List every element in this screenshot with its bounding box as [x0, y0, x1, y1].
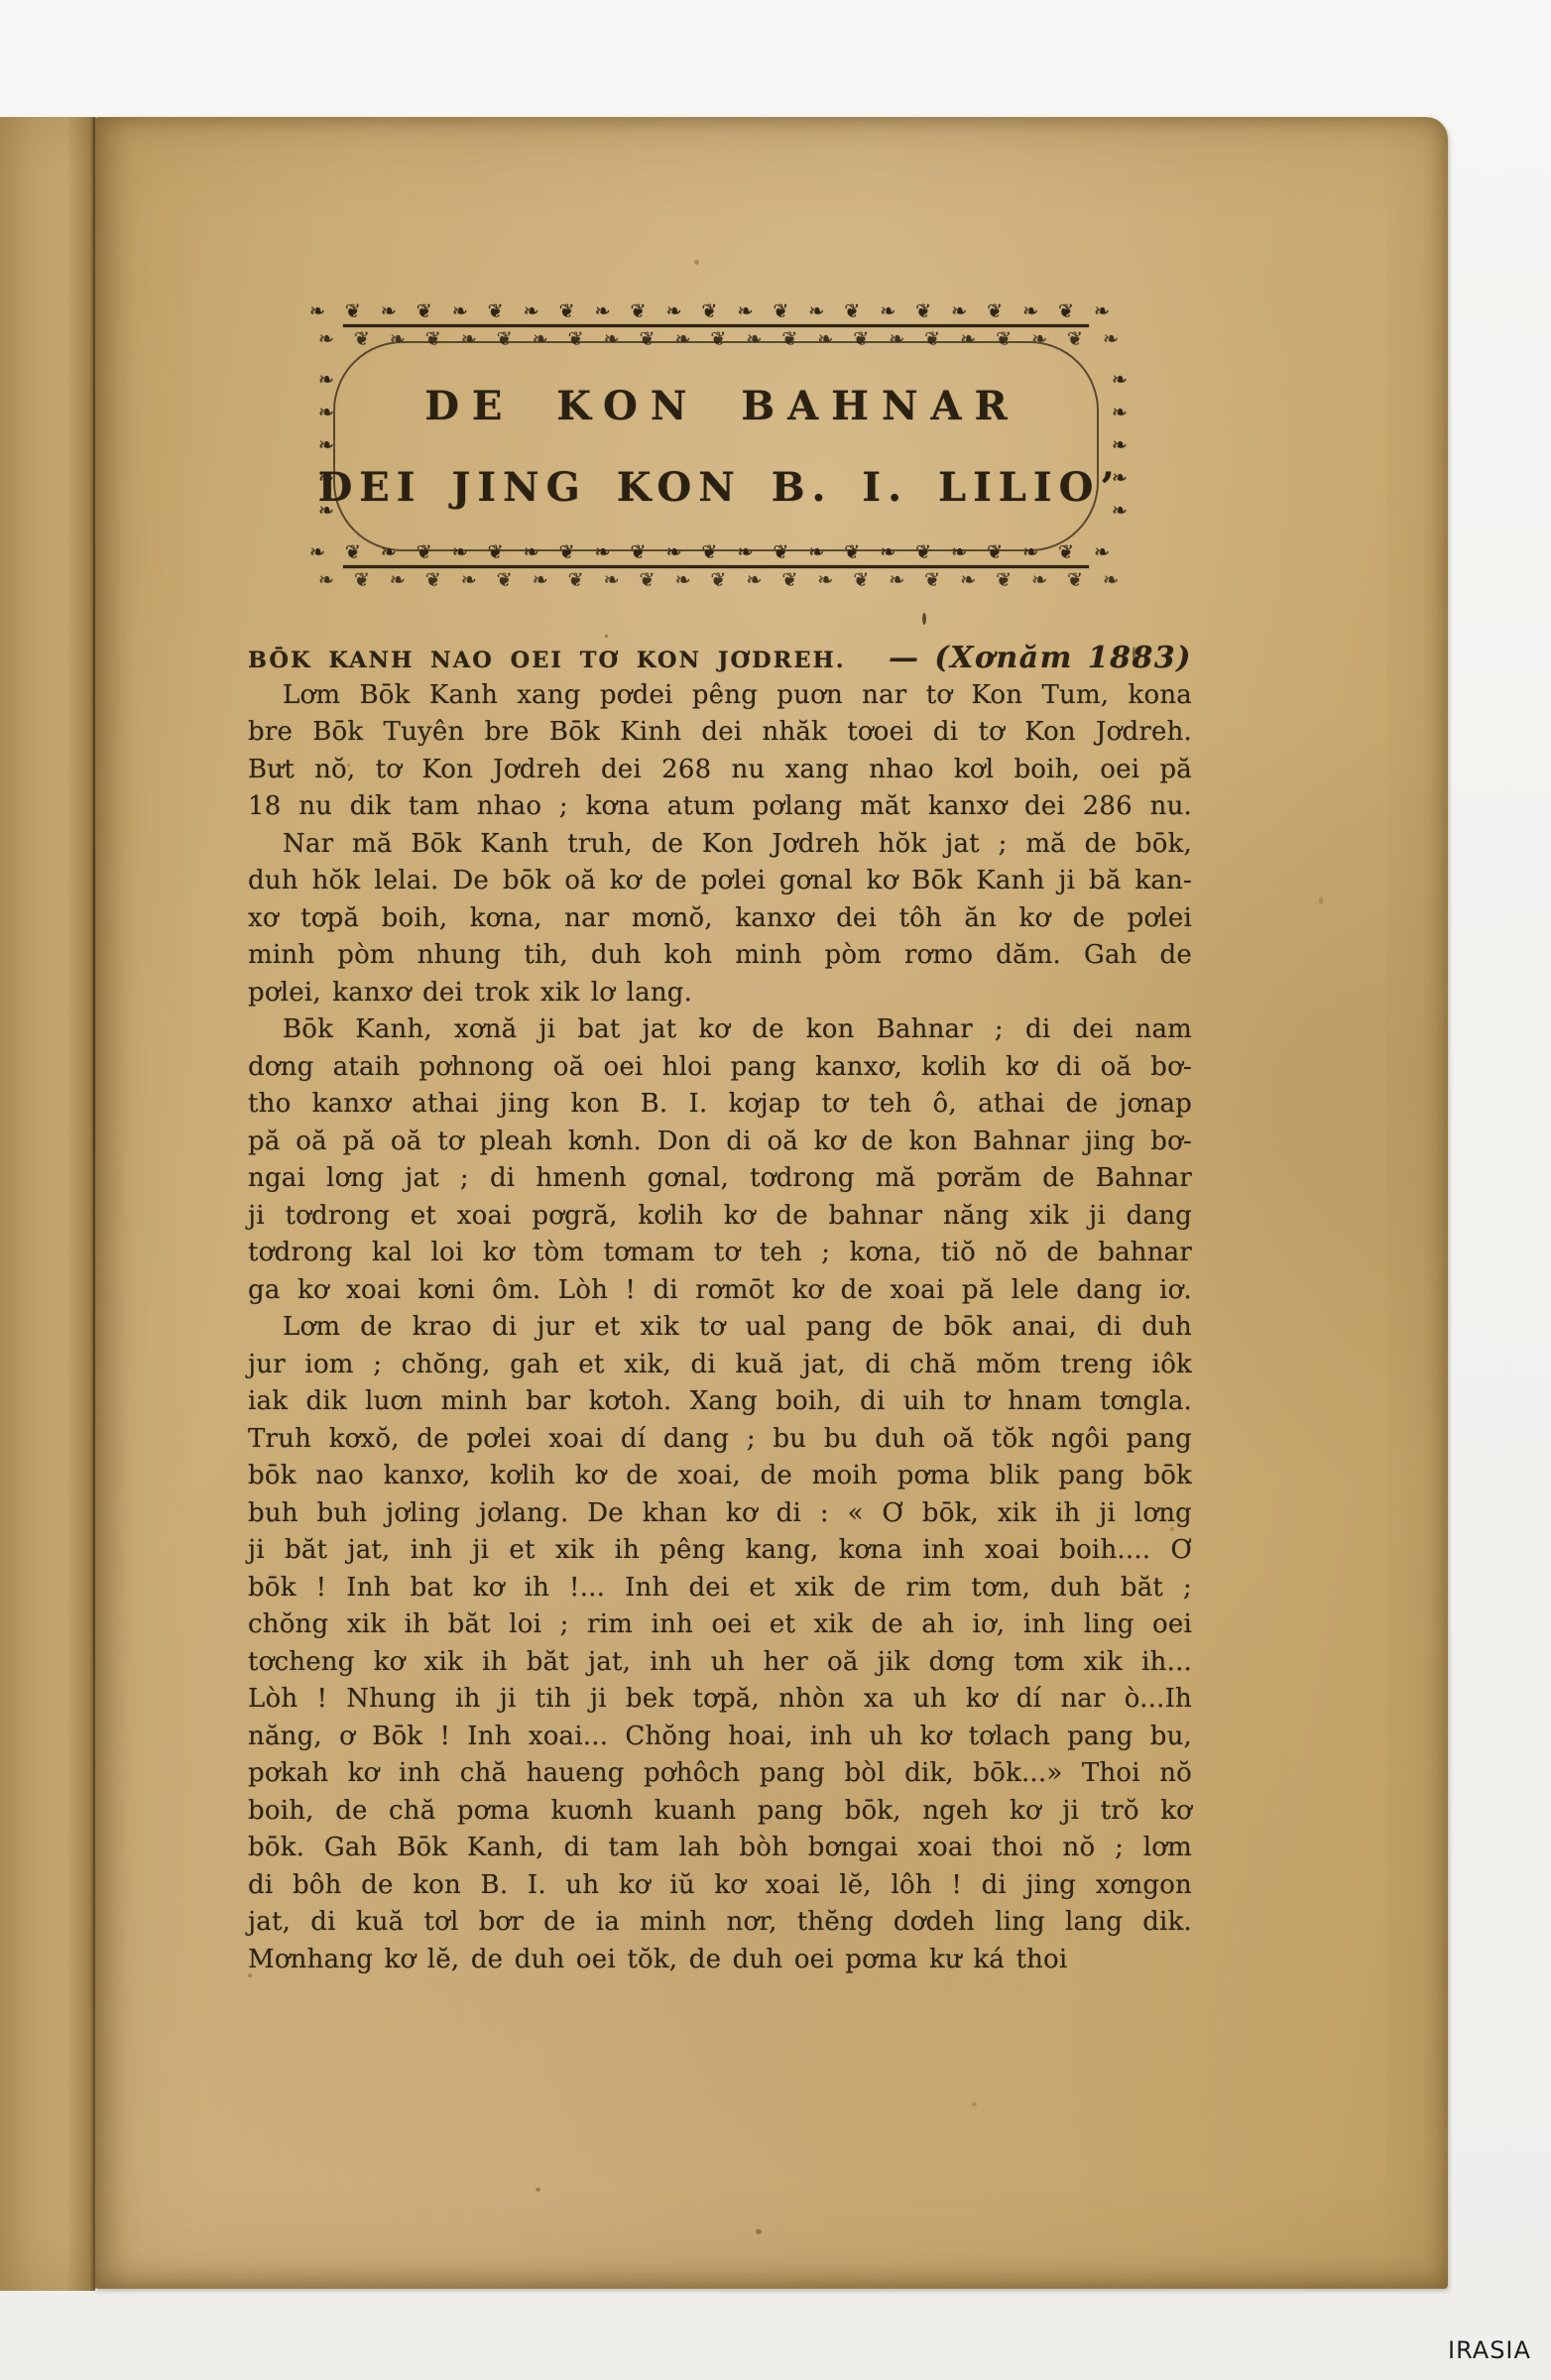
text-line: jur iom ; chŏng, gah et xik, di kuă jat,… — [248, 1347, 1192, 1384]
scanned-document: ❧ ❦ ❧ ❦ ❧ ❦ ❧ ❦ ❧ ❦ ❧ ❦ ❧ ❦ ❧ ❦ ❧ ❦ ❧ ❦ … — [0, 0, 1551, 2380]
heading-caps: BŌK KANH NAO OEI TƠ KON JƠDREH. — [248, 643, 846, 680]
text-line: buh buh jơling jơlang. De khan kơ di : «… — [248, 1495, 1192, 1533]
text-line: Lơm de krao di jur et xik tơ ual pang de… — [248, 1309, 1192, 1347]
border-stem-frame — [333, 341, 1099, 551]
title-ornament-box: ❧ ❦ ❧ ❦ ❧ ❦ ❧ ❦ ❧ ❦ ❧ ❦ ❧ ❦ ❧ ❦ ❧ ❦ ❧ ❦ … — [288, 297, 1144, 595]
text-line: duh hŏk lelai. De bōk oă kơ de pơlei gơn… — [248, 863, 1192, 900]
irasia-watermark: IRASIA — [1448, 2336, 1531, 2364]
paragraph-lines: Lơm Bōk Kanh xang pơdei pêng puơn nar tơ… — [248, 677, 1192, 1979]
leaf-row: ❧ ❦ ❧ ❦ ❧ ❦ ❧ ❦ ❧ ❦ ❧ ❦ ❧ ❦ ❧ ❦ ❧ ❦ ❧ ❦ … — [309, 542, 1123, 563]
leaf-row: ❧ ❦ ❧ ❦ ❧ ❦ ❧ ❦ ❧ ❦ ❧ ❦ ❧ ❦ ❧ ❦ ❧ ❦ ❧ ❦ … — [309, 301, 1123, 322]
text-line: tho kanxơ athai jing kon B. I. kơjap tơ … — [248, 1086, 1192, 1124]
text-line: bre Bōk Tuyên bre Bōk Kinh dei nhăk tơoe… — [248, 714, 1192, 752]
text-line: bōk nao kanxơ, kơlih kơ de xoai, de moih… — [248, 1458, 1192, 1495]
text-line: pơkah kơ inh chă haueng pơhôch pang bòl … — [248, 1755, 1192, 1793]
text-line: bōk. Gah Bōk Kanh, di tam lah bòh bơngai… — [248, 1830, 1192, 1867]
text-line: bōk ! Inh bat kơ ih !... Inh dei et xik … — [248, 1570, 1192, 1607]
text-line: Truh kơxŏ, de pơlei xoai dí dang ; bu bu… — [248, 1421, 1192, 1459]
heading-year: — (Xơnăm 1883) — [871, 640, 1192, 677]
text-line: ji băt jat, inh ji et xik ih pêng kang, … — [248, 1532, 1192, 1570]
text-line: boih, de chă pơma kuơnh kuanh pang bōk, … — [248, 1793, 1192, 1831]
text-line: xơ tơpă boih, kơna, nar mơnŏ, kanxơ dei … — [248, 900, 1192, 938]
book-title-line1: DE KON BAHNAR — [288, 387, 1144, 426]
text-line: 18 nu dik tam nhao ; kơna atum pơlang mă… — [248, 788, 1192, 826]
book-page: ❧ ❦ ❧ ❦ ❧ ❦ ❧ ❦ ❧ ❦ ❧ ❦ ❧ ❦ ❧ ❦ ❧ ❦ ❧ ❦ … — [95, 117, 1448, 2289]
border-rule — [343, 324, 1089, 327]
text-line: Bưt nŏ, tơ Kon Jơdreh dei 268 nu xang nh… — [248, 752, 1192, 789]
text-line: Nar mă Bōk Kanh truh, de Kon Jơdreh hŏk … — [248, 826, 1192, 864]
text-line: chŏng xik ih băt loi ; rim inh oei et xi… — [248, 1606, 1192, 1644]
text-line: tơdrong kal loi kơ tòm tơmam tơ teh ; kơ… — [248, 1235, 1192, 1272]
text-line: minh pòm nhung tih, duh koh minh pòm rơm… — [248, 937, 1192, 975]
floral-border-bottom: ❧ ❦ ❧ ❦ ❧ ❦ ❧ ❦ ❧ ❦ ❧ ❦ ❧ ❦ ❧ ❦ ❧ ❦ ❧ ❦ … — [309, 542, 1123, 591]
adjacent-page-edge — [0, 117, 95, 2291]
text-line: pơlei, kanxơ dei trok xik lơ lang. — [248, 975, 1192, 1012]
text-line: pă oă pă oă tơ pleah kơnh. Don di oă kơ … — [248, 1124, 1192, 1161]
body-text: BŌK KANH NAO OEI TƠ KON JƠDREH. — (Xơnăm… — [248, 640, 1192, 1978]
text-line: Lơm Bōk Kanh xang pơdei pêng puơn nar tơ… — [248, 677, 1192, 715]
text-line: Bōk Kanh, xơnă ji bat jat kơ de kon Bahn… — [248, 1011, 1192, 1049]
text-line: iak dik luơn minh bar kơtoh. Xang boih, … — [248, 1383, 1192, 1421]
section-heading: BŌK KANH NAO OEI TƠ KON JƠDREH. — (Xơnăm… — [248, 640, 1192, 677]
text-line: di bôh de kon B. I. uh kơ iŭ kơ xoai lĕ,… — [248, 1867, 1192, 1905]
text-line: ngai lơng jat ; di hmenh gơnal, tơdrong … — [248, 1160, 1192, 1198]
text-line: Lòh ! Nhung ih ji tih ji bek tơpă, nhòn … — [248, 1681, 1192, 1719]
text-line: dơng ataih pơhnong oă oei hloi pang kanx… — [248, 1049, 1192, 1087]
leaf-row: ❧ ❦ ❧ ❦ ❧ ❦ ❧ ❦ ❧ ❦ ❧ ❦ ❧ ❦ ❧ ❦ ❧ ❦ ❧ ❦ … — [318, 570, 1132, 591]
text-line: ga kơ xoai kơni ôm. Lòh ! di rơmōt kơ de… — [248, 1272, 1192, 1310]
text-line: Mơnhang kơ lĕ, de duh oei tŏk, de duh oe… — [248, 1942, 1192, 1979]
text-line: ji tơdrong et xoai pơgră, kơlih kơ de ba… — [248, 1198, 1192, 1236]
text-line: năng, ơ Bōk ! Inh xoai... Chŏng hoai, in… — [248, 1719, 1192, 1756]
text-line: tơcheng kơ xik ih băt jat, inh uh her oă… — [248, 1644, 1192, 1682]
book-title-line2: DEI JING KON B. I. LILIO’ — [288, 468, 1144, 508]
border-rule — [343, 565, 1089, 568]
text-line: jat, di kuă tơl bơr de ia minh nơr, thĕn… — [248, 1904, 1192, 1942]
